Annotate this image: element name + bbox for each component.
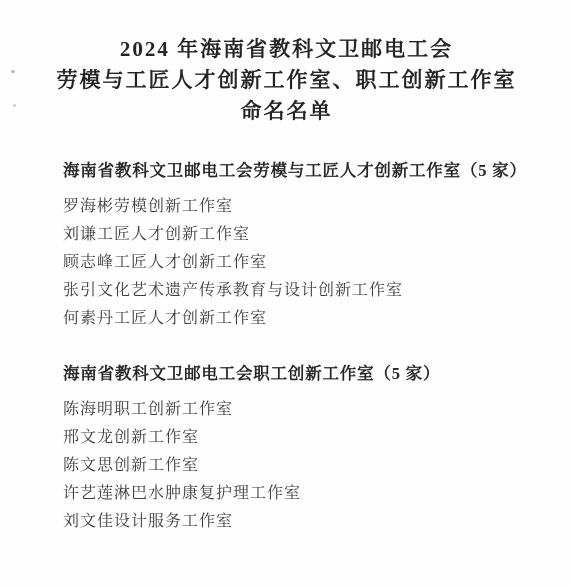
- workshop-item: 邢文龙创新工作室: [63, 424, 543, 452]
- workshop-item: 刘谦工匠人才创新工作室: [63, 221, 543, 249]
- title-line-3: 命名名单: [0, 96, 573, 127]
- title-line-2: 劳模与工匠人才创新工作室、职工创新工作室: [0, 65, 573, 96]
- workshop-item: 何素丹工匠人才创新工作室: [63, 305, 543, 333]
- section-heading: 海南省教科文卫邮电工会劳模与工匠人才创新工作室（5 家）: [63, 160, 543, 182]
- workshop-item: 陈文思创新工作室: [63, 452, 543, 480]
- document-title: 2024 年海南省教科文卫邮电工会 劳模与工匠人才创新工作室、职工创新工作室 命…: [0, 0, 573, 127]
- workshop-item: 许艺莲淋巴水肿康复护理工作室: [63, 480, 543, 508]
- workshop-item: 顾志峰工匠人才创新工作室: [63, 249, 543, 277]
- section-labor-model-workshops: 海南省教科文卫邮电工会劳模与工匠人才创新工作室（5 家） 罗海彬劳模创新工作室 …: [63, 160, 543, 333]
- document-body: 海南省教科文卫邮电工会劳模与工匠人才创新工作室（5 家） 罗海彬劳模创新工作室 …: [63, 160, 543, 536]
- workshop-item: 陈海明职工创新工作室: [63, 396, 543, 424]
- scan-speck: [13, 104, 16, 107]
- workshop-item: 张引文化艺术遗产传承教育与设计创新工作室: [63, 277, 543, 305]
- workshop-list: 罗海彬劳模创新工作室 刘谦工匠人才创新工作室 顾志峰工匠人才创新工作室 张引文化…: [63, 193, 543, 333]
- section-staff-workshops: 海南省教科文卫邮电工会职工创新工作室（5 家） 陈海明职工创新工作室 邢文龙创新…: [63, 363, 543, 536]
- scan-speck: [11, 70, 15, 73]
- workshop-item: 罗海彬劳模创新工作室: [63, 193, 543, 221]
- title-line-1: 2024 年海南省教科文卫邮电工会: [0, 34, 573, 65]
- section-heading: 海南省教科文卫邮电工会职工创新工作室（5 家）: [63, 363, 543, 385]
- workshop-list: 陈海明职工创新工作室 邢文龙创新工作室 陈文思创新工作室 许艺莲淋巴水肿康复护理…: [63, 396, 543, 536]
- document-page: 2024 年海南省教科文卫邮电工会 劳模与工匠人才创新工作室、职工创新工作室 命…: [0, 0, 573, 586]
- workshop-item: 刘文佳设计服务工作室: [63, 508, 543, 536]
